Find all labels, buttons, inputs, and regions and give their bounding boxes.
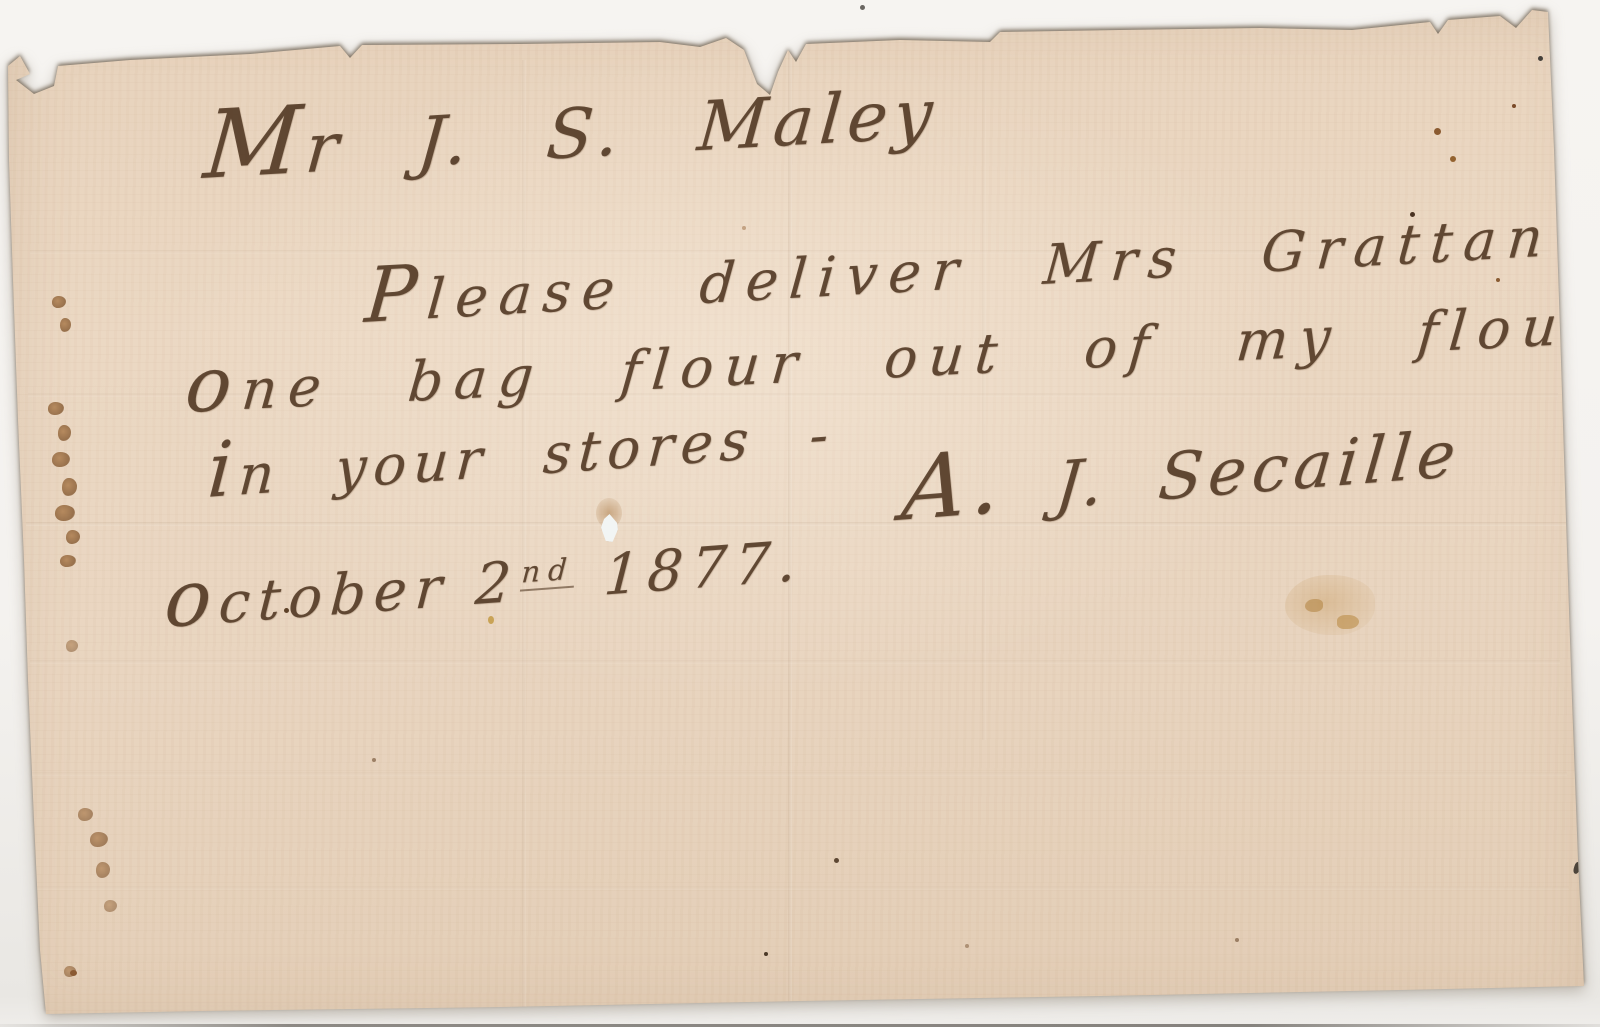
- dust-speck: [860, 5, 865, 10]
- date-ordinal-superscript: nd: [520, 551, 576, 591]
- paper-shadow: Mr J. S. Maley Please deliver Mrs Gratta…: [0, 0, 1600, 1027]
- letter-paper: Mr J. S. Maley Please deliver Mrs Gratta…: [0, 0, 1600, 1027]
- date-year: 1877.: [602, 529, 806, 609]
- scanned-document: Mr J. S. Maley Please deliver Mrs Gratta…: [0, 0, 1600, 1027]
